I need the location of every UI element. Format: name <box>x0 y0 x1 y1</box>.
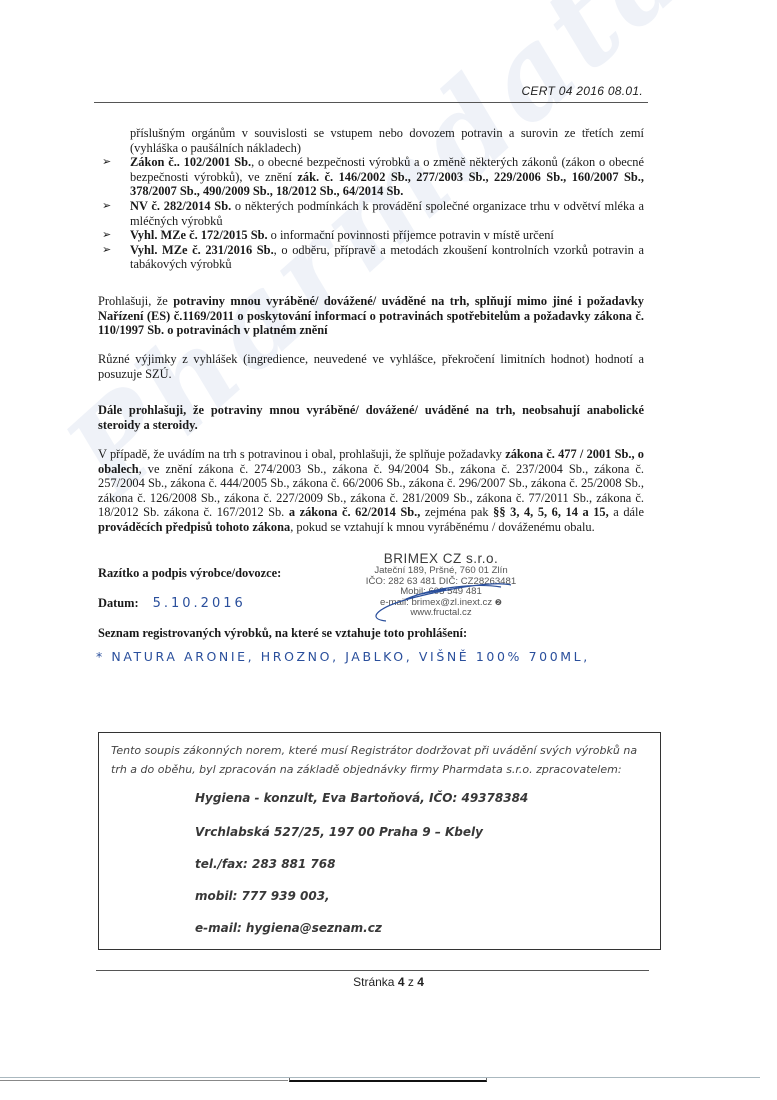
product-entry: * NATURA ARONIE, HROZNO, JABLKO, VIŠNĚ 1… <box>96 649 590 664</box>
document-page: Pharmdata s.r.o. CERT 04 2016 08.01. ➢ p… <box>0 0 777 1100</box>
page-current: 4 <box>398 975 405 989</box>
footer-divider <box>96 970 649 971</box>
law-title: Zákon č.. 102/2001 Sb. <box>130 155 251 169</box>
products-list: * NATURA ARONIE, HROZNO, JABLKO, VIŠNĚ 1… <box>96 648 590 666</box>
scan-edge-line <box>0 1080 288 1081</box>
page-separator: z <box>405 975 418 989</box>
law-title: Vyhl. MZe č. 172/2015 Sb. <box>130 228 268 242</box>
packaging-text: V případě, že uvádím na trh s potravinou… <box>98 447 505 461</box>
page-total: 4 <box>417 975 424 989</box>
law-title: Vyhl. MZe č. 231/2016 Sb. <box>130 243 274 257</box>
law-text: o informační povinnosti příjemce potravi… <box>268 228 554 242</box>
law-item: ➢ Zákon č.. 102/2001 Sb., o obecné bezpe… <box>98 155 644 199</box>
packaging-text: zejména pak <box>420 505 493 519</box>
signature-icon <box>346 559 536 629</box>
declaration-lead: Prohlašuji, že <box>98 294 173 308</box>
law-list: ➢ příslušným orgánům v souvislosti se vs… <box>98 126 644 272</box>
law-item: ➢ Vyhl. MZe č. 231/2016 Sb., o odběru, p… <box>98 243 644 272</box>
law-item: ➢ příslušným orgánům v souvislosti se vs… <box>98 126 644 155</box>
law-item: ➢ Vyhl. MZe č. 172/2015 Sb. o informační… <box>98 228 644 243</box>
packaging-text: a dále <box>609 505 644 519</box>
info-intro: Tento soupis zákonných norem, které musí… <box>111 741 655 779</box>
processor-address: Vrchlabská 527/25, 197 00 Praha 9 – Kbel… <box>195 825 483 839</box>
processor-mobile: mobil: 777 939 003, <box>195 889 330 903</box>
declaration-steroids: Dále prohlašuji, že potraviny mnou vyráb… <box>98 403 644 432</box>
packaging-sections: §§ 3, 4, 5, 6, 14 a 15, <box>493 505 609 519</box>
law-item: ➢ NV č. 282/2014 Sb. o některých podmínk… <box>98 199 644 228</box>
page-number: Stránka 4 z 4 <box>0 975 777 989</box>
scan-edge-bracket <box>289 1078 487 1082</box>
packaging-law: a zákona č. 62/2014 Sb., <box>289 505 421 519</box>
declaration-body: potraviny mnou vyráběné/ dovážené/ uvádě… <box>98 294 644 337</box>
arrow-bullet-icon: ➢ <box>102 228 111 243</box>
law-text: příslušným orgánům v souvislosti se vstu… <box>130 126 644 155</box>
law-title: NV č. 282/2014 Sb. <box>130 199 231 213</box>
exceptions-paragraph: Různé výjimky z vyhlášek (ingredience, n… <box>98 352 644 381</box>
declaration-food-info: Prohlašuji, že potraviny mnou vyráběné/ … <box>98 294 644 338</box>
date-label: Datum: <box>98 596 139 610</box>
processor-email: e-mail: hygiena@seznam.cz <box>195 921 382 935</box>
arrow-bullet-icon: ➢ <box>102 155 111 170</box>
packaging-regulations: prováděcích předpisů tohoto zákona <box>98 520 290 534</box>
products-label: Seznam registrovaných výrobků, na které … <box>98 626 467 641</box>
declaration-steroids-text: Dále prohlašuji, že potraviny mnou vyráb… <box>98 403 644 432</box>
packaging-paragraph: V případě, že uvádím na trh s potravinou… <box>98 447 644 535</box>
processor-phone: tel./fax: 283 881 768 <box>195 857 335 871</box>
packaging-text: , pokud se vztahují k mnou vyráběnému / … <box>290 520 595 534</box>
company-stamp: BRIMEX CZ s.r.o. Jateční 189, Pršné, 760… <box>346 551 536 619</box>
signature-label: Razítko a podpis výrobce/dovozce: <box>98 566 281 581</box>
page-prefix: Stránka <box>353 975 398 989</box>
date-value: 5.10.2016 <box>153 596 246 611</box>
processor-info-box: Tento soupis zákonných norem, které musí… <box>98 732 661 950</box>
arrow-bullet-icon: ➢ <box>102 199 111 214</box>
exceptions-text: Různé výjimky z vyhlášek (ingredience, n… <box>98 352 644 381</box>
date-row: Datum:5.10.2016 <box>98 596 246 611</box>
arrow-bullet-icon: ➢ <box>102 243 111 258</box>
document-code: CERT 04 2016 08.01. <box>521 84 643 98</box>
processor-company: Hygiena - konzult, Eva Bartoňová, IČO: 4… <box>195 791 528 805</box>
header-divider <box>94 102 648 103</box>
